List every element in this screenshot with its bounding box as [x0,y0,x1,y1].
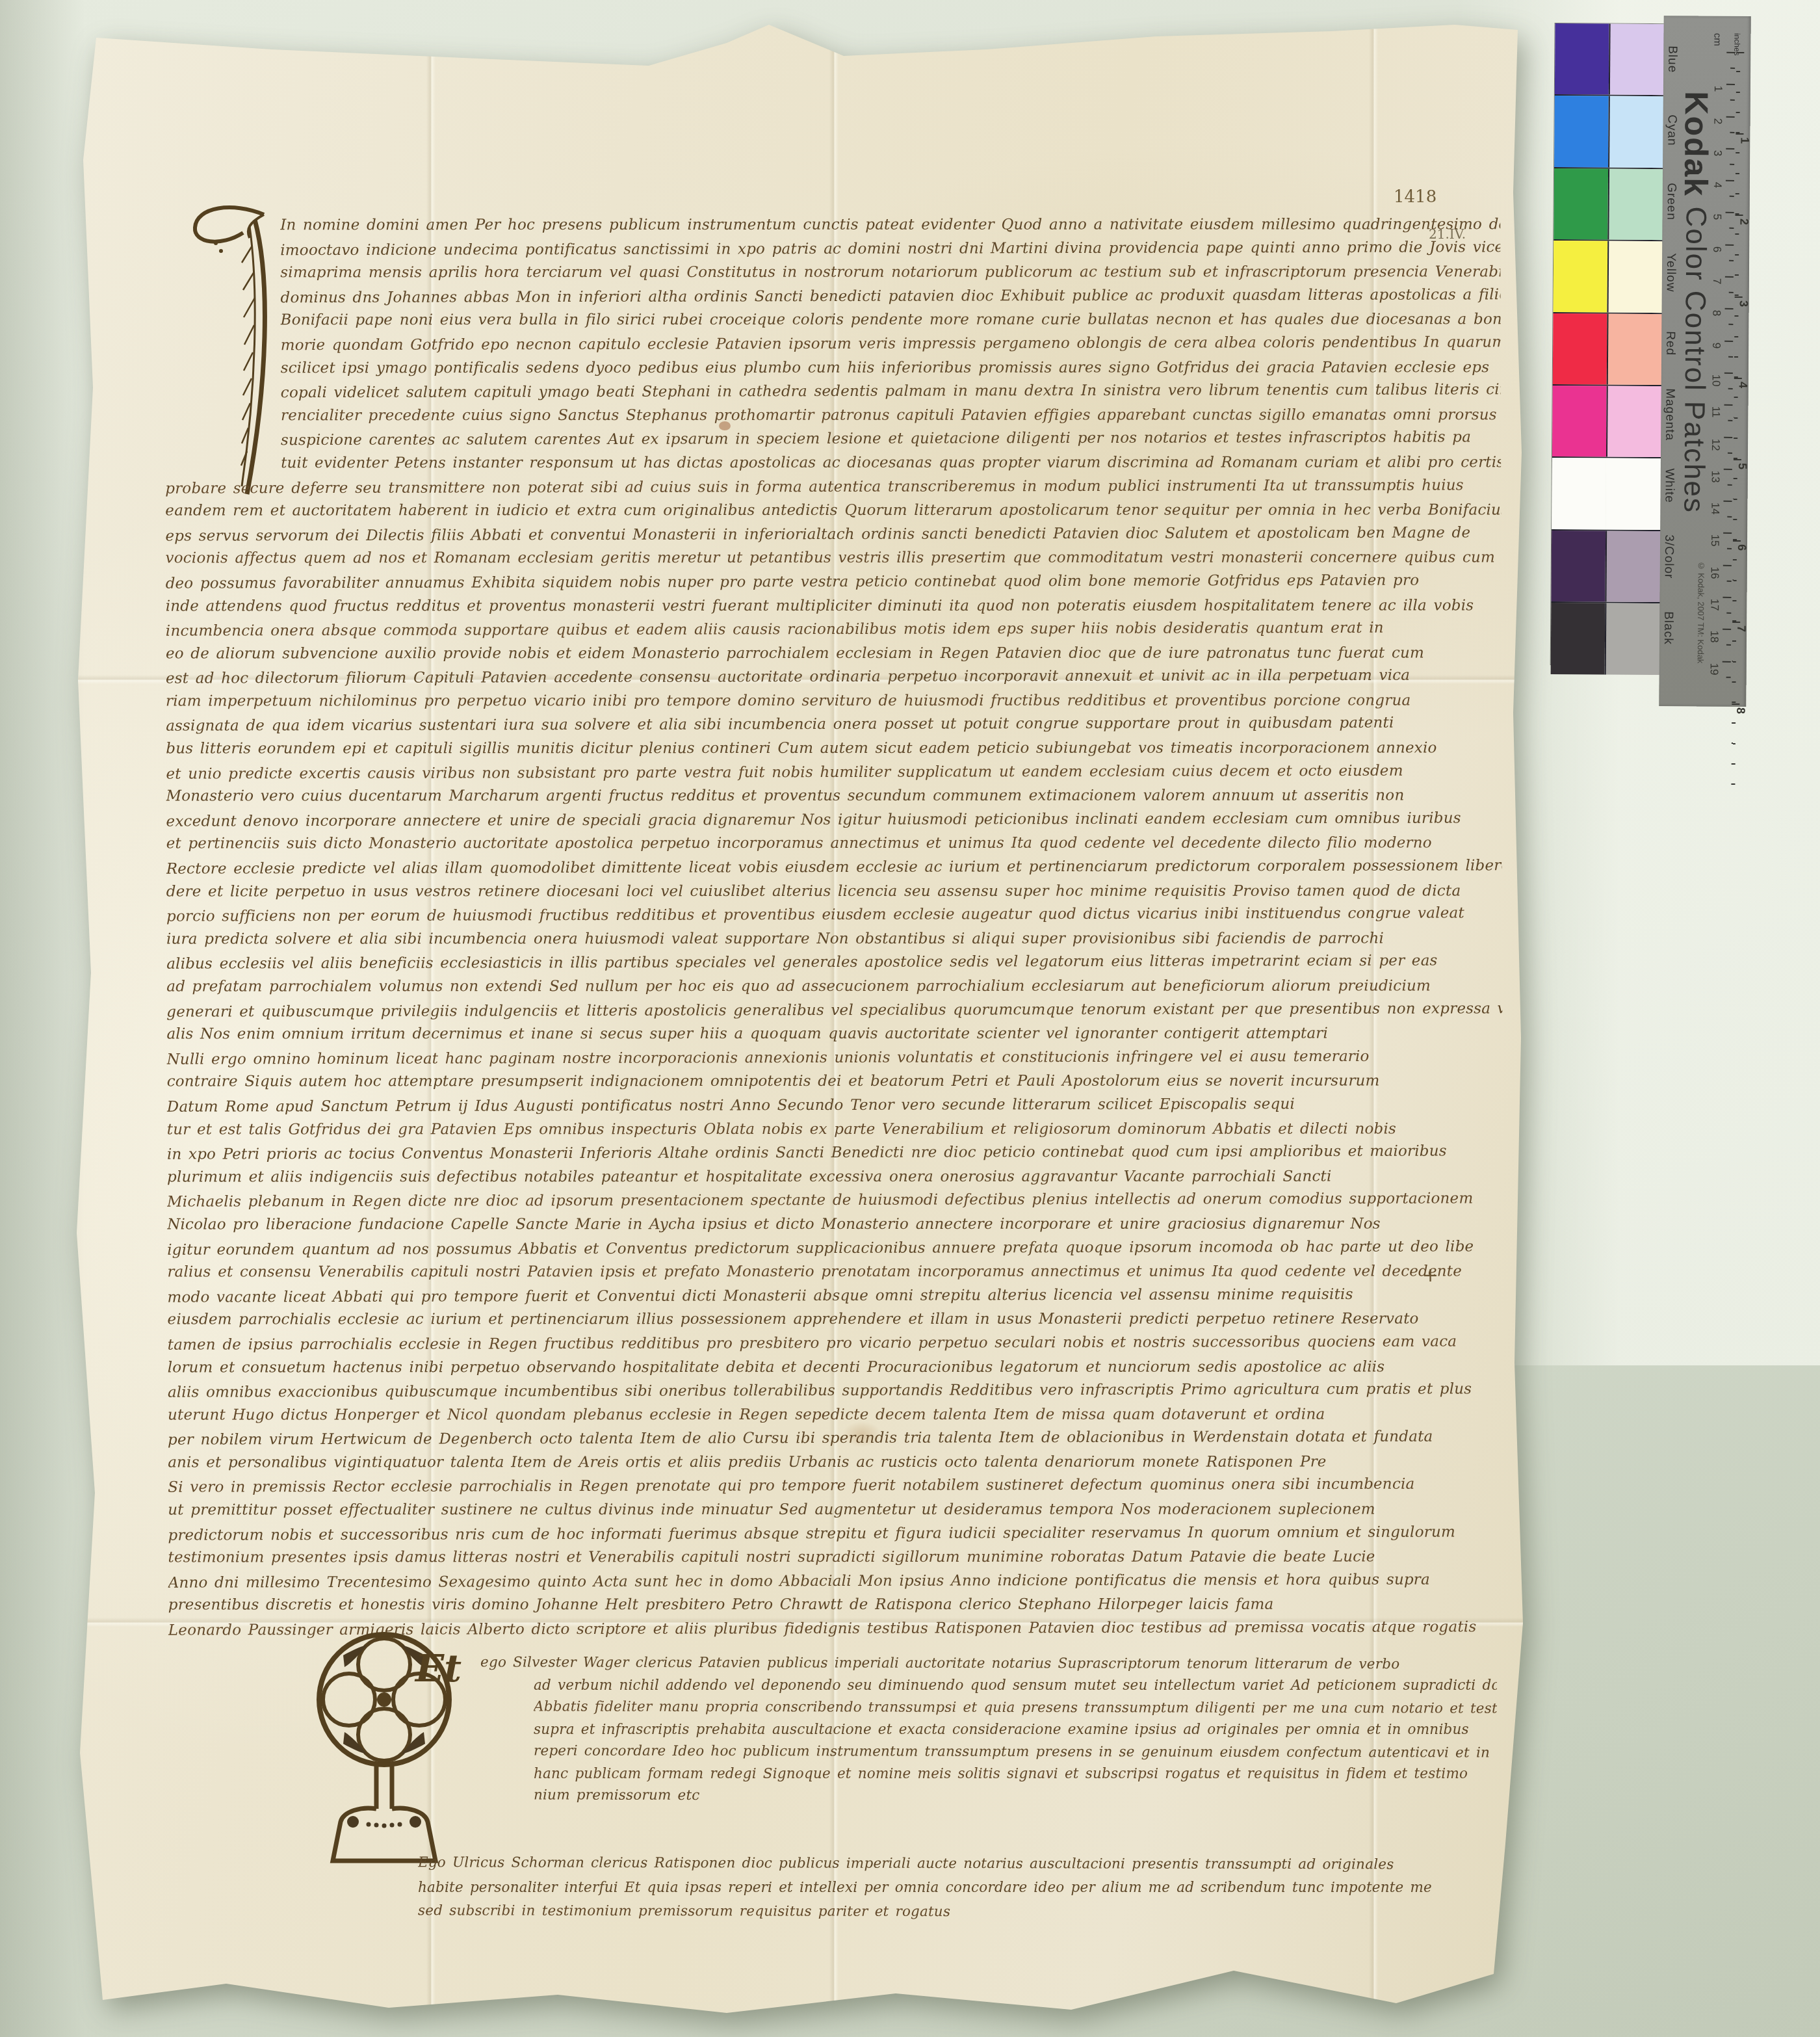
color-patch-row [1553,241,1663,314]
manuscript-line: Michaelis plebanum in Regen dicte nre di… [167,1187,1503,1215]
color-patch-row [1552,386,1662,459]
cm-tick-row: 15 [1708,532,1732,565]
cm-number: 6 [1710,246,1723,252]
color-patch-saturated [1553,313,1607,385]
manuscript-line: excedunt denovo incorporare annectere et… [166,806,1502,834]
manuscript-line: ralius et consensu Venerabilis capituli … [167,1260,1503,1285]
cm-number-rows: 1 2 3 4 5 6 7 8 9 10 [1707,84,1735,693]
cm-tick-row: 11 [1709,404,1732,437]
inch-zero-segment [1735,52,1750,133]
color-patch-saturated [1551,531,1605,602]
manuscript-line: eandem rem et auctoritatem haberent in i… [165,499,1501,523]
inch-tick-row: 3 [1734,296,1749,377]
margin-annotation-date: 21.IV. [1429,226,1466,242]
manuscript-line: anis et personalibus vigintiquatuor tale… [168,1450,1503,1475]
cm-tick-row: 1 [1711,84,1735,116]
subscription-line: hanc publicam formam redegi Signoque et … [534,1763,1497,1785]
manuscript-line: iura predicta solvere et alia sibi incum… [166,927,1502,951]
manuscript-line: generari et quibuscumque privilegiis ind… [166,997,1502,1024]
cm-number: 17 [1708,599,1721,611]
inch-number: 2 [1737,218,1750,225]
cm-tick-row: 12 [1709,436,1732,469]
cm-number: 8 [1709,310,1722,317]
copyright-text: © Kodak, 2007 TM: Kodak [1695,561,1706,717]
manuscript-line: aliis omnibus exaccionibus quibuscumque … [168,1377,1503,1404]
manuscript-line: predictorum nobis et successoribus nris … [168,1520,1503,1547]
color-patch-saturated [1551,603,1605,674]
patch-label: Yellow [1663,253,1678,292]
manuscript-line: incumbencia onera absque commoda support… [166,616,1501,643]
cm-unit-label: cm [1711,33,1722,46]
parchment-surface: In nomine domini amen Per hoc presens pu… [75,23,1525,2017]
cm-number: 15 [1708,534,1721,547]
manuscript-line: Anno dni millesimo Trecentesimo Sexagesi… [168,1568,1504,1595]
manuscript-line: Nulli ergo omnino hominum liceat hanc pa… [166,1044,1502,1071]
color-patch-saturated [1555,23,1609,95]
color-patch-row [1551,531,1661,604]
cm-tick-row: 4 [1711,180,1734,213]
manuscript-line: Bonifacii pape noni eius vera bulla in f… [281,308,1501,333]
color-patch-saturated [1553,241,1608,312]
manuscript-line: tur et est talis Gotfridus dei gra Patav… [167,1117,1503,1142]
color-patch-row [1553,313,1663,387]
brand-rest: Color Control Patches [1678,197,1711,514]
color-patch-saturated [1553,168,1608,240]
manuscript-line: Monasterio vero cuius ducentarum Marchar… [166,784,1501,809]
cm-tick-row: 16 [1708,564,1731,597]
inch-number: 5 [1735,463,1749,469]
inch-tick-row: 6 [1732,540,1747,622]
color-patch-row [1555,23,1665,97]
manuscript-line: et unio predicte excertis causis viribus… [166,759,1501,786]
inch-tick-row: 4 [1734,378,1748,459]
subscription-line: ad verbum nichil addendo vel deponendo s… [534,1675,1497,1697]
cm-tick-row: 17 [1708,597,1731,629]
cm-number: 1 [1711,86,1724,92]
manuscript-line: uterunt Hugo dictus Honperger et Nicol q… [168,1402,1503,1427]
color-patch-tint [1607,241,1663,313]
inch-tick-row: 8 [1731,703,1746,784]
cm-tick-row: 18 [1708,629,1731,661]
cm-tick-row: 3 [1711,148,1734,181]
margin-annotation-year: 1418 [1394,187,1436,207]
patch-label: Black [1661,611,1675,645]
cm-tick-row: 19 [1707,661,1730,693]
subscription-line: Abbatis fideliter manu propria conscribe… [534,1696,1497,1720]
cm-number: 12 [1709,438,1722,451]
patch-label: Red [1663,331,1677,356]
cm-number: 3 [1711,150,1724,157]
color-patch-tint [1607,168,1663,240]
manuscript-line: imooctavo indicione undecima pontificatu… [280,235,1500,263]
color-patch-tint [1608,96,1664,168]
manuscript-line: Datum Rome apud Sanctum Petrum ij Idus A… [167,1092,1503,1119]
inch-number: 6 [1735,544,1748,551]
manuscript-line: morie quondam Gotfrido epo necnon capitu… [281,330,1501,358]
inch-number: 1 [1737,137,1751,144]
manuscript-line: rencialiter precedente cuius signo Sanct… [281,403,1501,428]
inch-number: 8 [1734,707,1747,713]
manuscript-line: inde attendens quod fructus redditus et … [166,594,1501,618]
subscription-line: Ego Ulricus Schorman clericus Ratisponen… [418,1850,1497,1876]
color-patch-row [1554,96,1664,169]
manuscript-line: scilicet ipsi ymago pontificalis sedens … [281,356,1501,380]
manuscript-line: Rectore ecclesie predicte vel alias illa… [166,854,1502,881]
color-patch-saturated [1552,458,1606,529]
manuscript-line: In nomine domini amen Per hoc presens pu… [280,213,1500,237]
inch-tick-row: 7 [1732,622,1747,703]
cm-number: 18 [1708,631,1721,643]
manuscript-line: probare secure deferre seu transmittere … [165,473,1501,501]
cm-number: 9 [1709,342,1722,348]
subscription-initial: Et [415,1646,461,1690]
inch-number-rows: 1 2 3 4 5 6 7 8 [1731,133,1750,785]
color-patch-row [1551,603,1661,675]
cm-number: 11 [1709,406,1722,418]
manuscript-line: contraire Siquis autem hoc attemptare pr… [167,1070,1503,1094]
subscription-line: reperi concordare Ideo hoc publicum inst… [534,1740,1497,1764]
manuscript-line: alibus ecclesiis vel aliis beneficiis ec… [166,949,1502,977]
ruler-panel: Blue Cyan Green Yellow Red Magenta White… [1659,16,1750,707]
color-patch-saturated [1554,96,1609,167]
patch-label: Blue [1665,46,1679,73]
manuscript-line: in xpo Petri prioris ac tocius Conventus… [167,1139,1503,1166]
manuscript-line: modo vacante liceat Abbati qui pro tempo… [167,1282,1503,1309]
manuscript-line: plurimum et aliis indigenciis suis defec… [167,1164,1503,1189]
manuscript-line: alis Nos enim omnium irritum decernimus … [166,1022,1502,1047]
margin-cross-mark: + [1422,1264,1438,1287]
cm-tick-row: 13 [1709,468,1732,501]
manuscript-line: Si vero in premissis Rector ecclesie par… [168,1473,1503,1500]
notary-subscription-2: Ego Ulricus Schorman clericus Ratisponen… [418,1852,1497,1924]
manuscript-line: presentibus discretis et honestis viris … [168,1593,1504,1618]
cm-tick-row: 9 [1709,340,1733,373]
color-patch-tint [1605,603,1661,675]
manuscript-line: per nobilem virum Hertwicum de Degenberc… [168,1425,1503,1452]
color-patch-tint [1607,313,1663,385]
inch-tick-row: 1 [1735,133,1750,215]
subscription-line: habite personaliter interfui Et quia ips… [418,1876,1497,1900]
manuscript-line: dere et licite perpetuo in usus vestros … [166,879,1502,904]
cm-number: 5 [1711,214,1724,220]
cm-number: 19 [1708,663,1721,675]
photograph-of-charter: { "scene":{ "annotation_year":"1418", "a… [0,0,1820,2037]
notary-subscription-1: Et ego Silvester Wager clericus Patavien… [418,1653,1497,1807]
cm-tick-row: 14 [1708,501,1732,533]
cm-number: 16 [1708,566,1721,579]
manuscript-line: eo de aliorum subvencione auxilio provid… [166,641,1501,666]
manuscript-line: igitur eorundem quantum ad nos possumus … [167,1235,1503,1262]
manuscript-line: vocionis affectus quem ad nos et Romanam… [166,546,1501,571]
manuscript-line: tamen de ipsius parrochialis ecclesie in… [168,1330,1503,1357]
cm-number: 2 [1711,118,1724,124]
manuscript-line: tuit evidenter Petens instanter responsu… [281,451,1501,475]
inch-number: 3 [1737,300,1750,306]
brand-kodak: Kodak [1678,91,1715,197]
patch-label-row: Blue [1663,23,1681,95]
color-patch-tint [1609,24,1665,96]
manuscript-line: simaprima mensis aprilis hora terciarum … [280,260,1500,285]
subscription-1-lines: ego Silvester Wager clericus Patavien pu… [418,1653,1497,1807]
manuscript-line: bus litteris eorundem epi et capituli si… [166,737,1501,761]
cm-number: 4 [1711,182,1724,189]
subscription-line: nium premissorum etc [534,1784,1497,1808]
manuscript-line: lorum et consuetum hactenus inibi perpet… [168,1355,1503,1380]
color-patch-tint [1606,386,1662,457]
manuscript-line: dominus dns Johannes abbas Mon in inferi… [280,283,1500,310]
cm-tick-row: 6 [1710,244,1734,276]
color-patch-block [1550,23,1665,666]
manuscript-line: riam imperpetuum nichilominus pro perpet… [166,689,1501,713]
manuscript-line: eiusdem parrochialis ecclesie ac iurium … [168,1308,1503,1332]
cm-tick-row: 8 [1709,308,1733,341]
patch-label: White [1661,468,1676,503]
patch-label: Green [1664,183,1678,220]
inch-number: 4 [1736,382,1750,388]
manuscript-line: Nicolao pro liberacione fundacione Capel… [167,1212,1503,1237]
manuscript-line: et pertinenciis suis dicto Monasterio au… [166,832,1502,856]
color-patch-tint [1605,458,1661,530]
manuscript-line: porcio sufficiens non per eorum de huius… [166,902,1502,929]
cm-tick-row: 7 [1710,276,1734,309]
cm-number: 7 [1710,278,1723,285]
manuscript-line: assignata de qua idem vicarius sustentar… [166,711,1501,739]
color-patch-saturated [1552,386,1607,457]
subscription-line: supra et infrascriptis prehabita auscult… [534,1719,1497,1741]
cm-zero-segment [1711,52,1735,85]
subscription-line: ego Silvester Wager clericus Patavien pu… [480,1651,1497,1676]
cm-tick-row: 5 [1710,212,1734,244]
patch-label: Cyan [1664,114,1678,146]
inch-tick-row: 2 [1735,215,1750,296]
inch-number: 7 [1734,625,1748,632]
manuscript-line: suspicione carentes ac salutem carentes … [281,426,1501,453]
manuscript-line: eps servus servorum dei Dilectis filiis … [165,521,1501,548]
color-patch-row [1552,458,1661,531]
manuscript-line: est ad hoc dilectorum filiorum Capituli … [166,664,1501,691]
manuscript-line: copali videlicet salutem capituli ymago … [281,378,1501,405]
manuscript-line: ut premittitur posset effectualiter sust… [168,1498,1503,1523]
manuscript-line: deo possumus favorabiliter annuamus Exhi… [166,568,1501,596]
manuscript-line: testimonium presentes ipsis damus litter… [168,1545,1504,1570]
subscription-line: sed subscribi in testimonium premissorum… [418,1899,1497,1925]
manuscript-line: ad prefatam parrochialem volumus non ext… [166,974,1502,999]
kodak-color-control-strip: Blue Cyan Green Yellow Red Magenta White… [1550,15,1750,707]
cm-number: 14 [1708,503,1721,515]
manuscript-text-block: In nomine domini amen Per hoc presens pu… [164,211,1504,1642]
inch-tick-row: 5 [1733,459,1748,540]
color-patch-tint [1605,531,1661,602]
color-patch-row [1553,168,1663,242]
cm-tick-row: 2 [1711,116,1734,148]
cm-scale: 1 2 3 4 5 6 7 8 9 10 [1707,52,1735,693]
cm-tick-row: 10 [1709,373,1733,405]
cm-number: 10 [1709,375,1722,387]
parchment-sheet: In nomine domini amen Per hoc presens pu… [75,23,1525,2017]
cm-number: 13 [1709,470,1722,482]
